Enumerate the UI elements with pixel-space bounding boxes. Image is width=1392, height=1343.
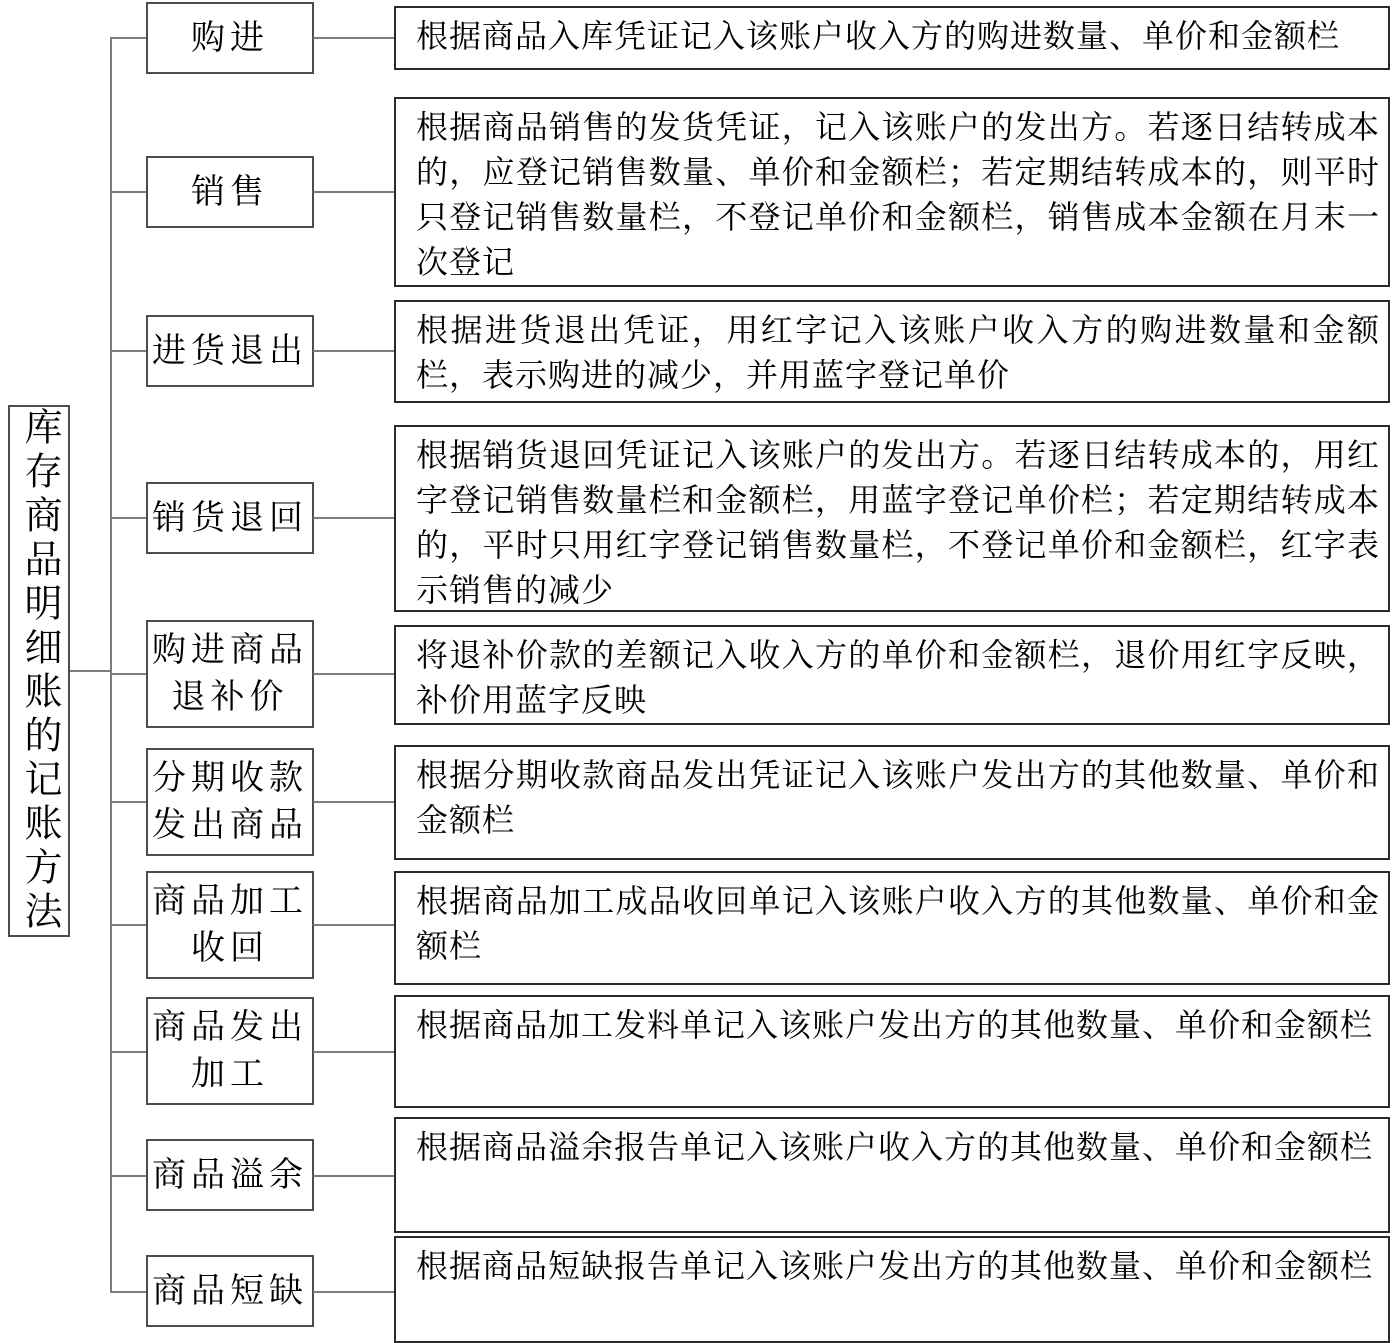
branch-stub-line xyxy=(111,801,146,803)
category-node: 商品发出 加工 xyxy=(146,997,314,1105)
category-desc-connector xyxy=(313,673,394,675)
category-desc-connector xyxy=(313,350,394,352)
category-desc-connector xyxy=(313,1051,394,1053)
flowchart-canvas: 库存商品明细账的记账方法 购进 根据商品入库凭证记入该账户收入方的购进数量、单价… xyxy=(0,0,1392,1343)
root-connector-line xyxy=(70,670,111,672)
description-node: 根据商品销售的发货凭证，记入该账户的发出方。若逐日结转成本的，应登记销售数量、单… xyxy=(394,97,1390,287)
category-desc-connector xyxy=(313,517,394,519)
category-label: 购进商品 退补价 xyxy=(152,627,308,721)
category-label: 商品短缺 xyxy=(152,1268,308,1315)
description-node: 根据商品加工成品收回单记入该账户收入方的其他数量、单价和金额栏 xyxy=(394,871,1390,985)
branch-stub-line xyxy=(111,350,146,352)
category-label: 销货退回 xyxy=(152,495,308,542)
category-desc-connector xyxy=(313,1175,394,1177)
category-label: 分期收款 发出商品 xyxy=(152,755,308,849)
category-desc-connector xyxy=(313,801,394,803)
category-node: 销售 xyxy=(146,156,314,228)
category-node: 商品加工 收回 xyxy=(146,871,314,979)
branch-stub-line xyxy=(111,1175,146,1177)
branch-stub-line xyxy=(111,1051,146,1053)
category-desc-connector xyxy=(313,924,394,926)
description-node: 根据进货退出凭证，用红字记入该账户收入方的购进数量和金额栏，表示购进的减少，并用… xyxy=(394,300,1390,403)
category-node: 商品溢余 xyxy=(146,1139,314,1211)
category-label: 商品溢余 xyxy=(152,1152,308,1199)
description-node: 将退补价款的差额记入收入方的单价和金额栏，退价用红字反映，补价用蓝字反映 xyxy=(394,625,1390,725)
branch-stub-line xyxy=(111,517,146,519)
category-node: 销货退回 xyxy=(146,482,314,554)
root-node-label: 库存商品明细账的记账方法 xyxy=(10,407,68,935)
branch-stub-line xyxy=(111,191,146,193)
description-node: 根据商品短缺报告单记入该账户发出方的其他数量、单价和金额栏 xyxy=(394,1236,1390,1343)
category-node: 商品短缺 xyxy=(146,1255,314,1327)
description-node: 根据商品加工发料单记入该账户发出方的其他数量、单价和金额栏 xyxy=(394,995,1390,1108)
category-desc-connector xyxy=(313,37,394,39)
category-label: 商品加工 收回 xyxy=(152,878,308,972)
category-label: 进货退出 xyxy=(152,328,308,375)
category-node: 购进 xyxy=(146,2,314,74)
branch-stub-line xyxy=(111,37,146,39)
branch-stub-line xyxy=(111,924,146,926)
trunk-line xyxy=(110,37,112,1293)
category-label: 销售 xyxy=(191,169,269,216)
category-node: 购进商品 退补价 xyxy=(146,620,314,728)
description-node: 根据商品溢余报告单记入该账户收入方的其他数量、单价和金额栏 xyxy=(394,1117,1390,1233)
category-label: 商品发出 加工 xyxy=(152,1004,308,1098)
category-label: 购进 xyxy=(191,15,269,62)
branch-stub-line xyxy=(111,1291,146,1293)
category-node: 进货退出 xyxy=(146,315,314,387)
category-node: 分期收款 发出商品 xyxy=(146,748,314,856)
branch-stub-line xyxy=(111,673,146,675)
description-node: 根据分期收款商品发出凭证记入该账户发出方的其他数量、单价和金额栏 xyxy=(394,745,1390,860)
category-desc-connector xyxy=(313,1291,394,1293)
category-desc-connector xyxy=(313,191,394,193)
description-node: 根据销货退回凭证记入该账户的发出方。若逐日结转成本的，用红字登记销售数量栏和金额… xyxy=(394,425,1390,612)
root-node: 库存商品明细账的记账方法 xyxy=(8,405,70,937)
description-node: 根据商品入库凭证记入该账户收入方的购进数量、单价和金额栏 xyxy=(394,6,1390,70)
